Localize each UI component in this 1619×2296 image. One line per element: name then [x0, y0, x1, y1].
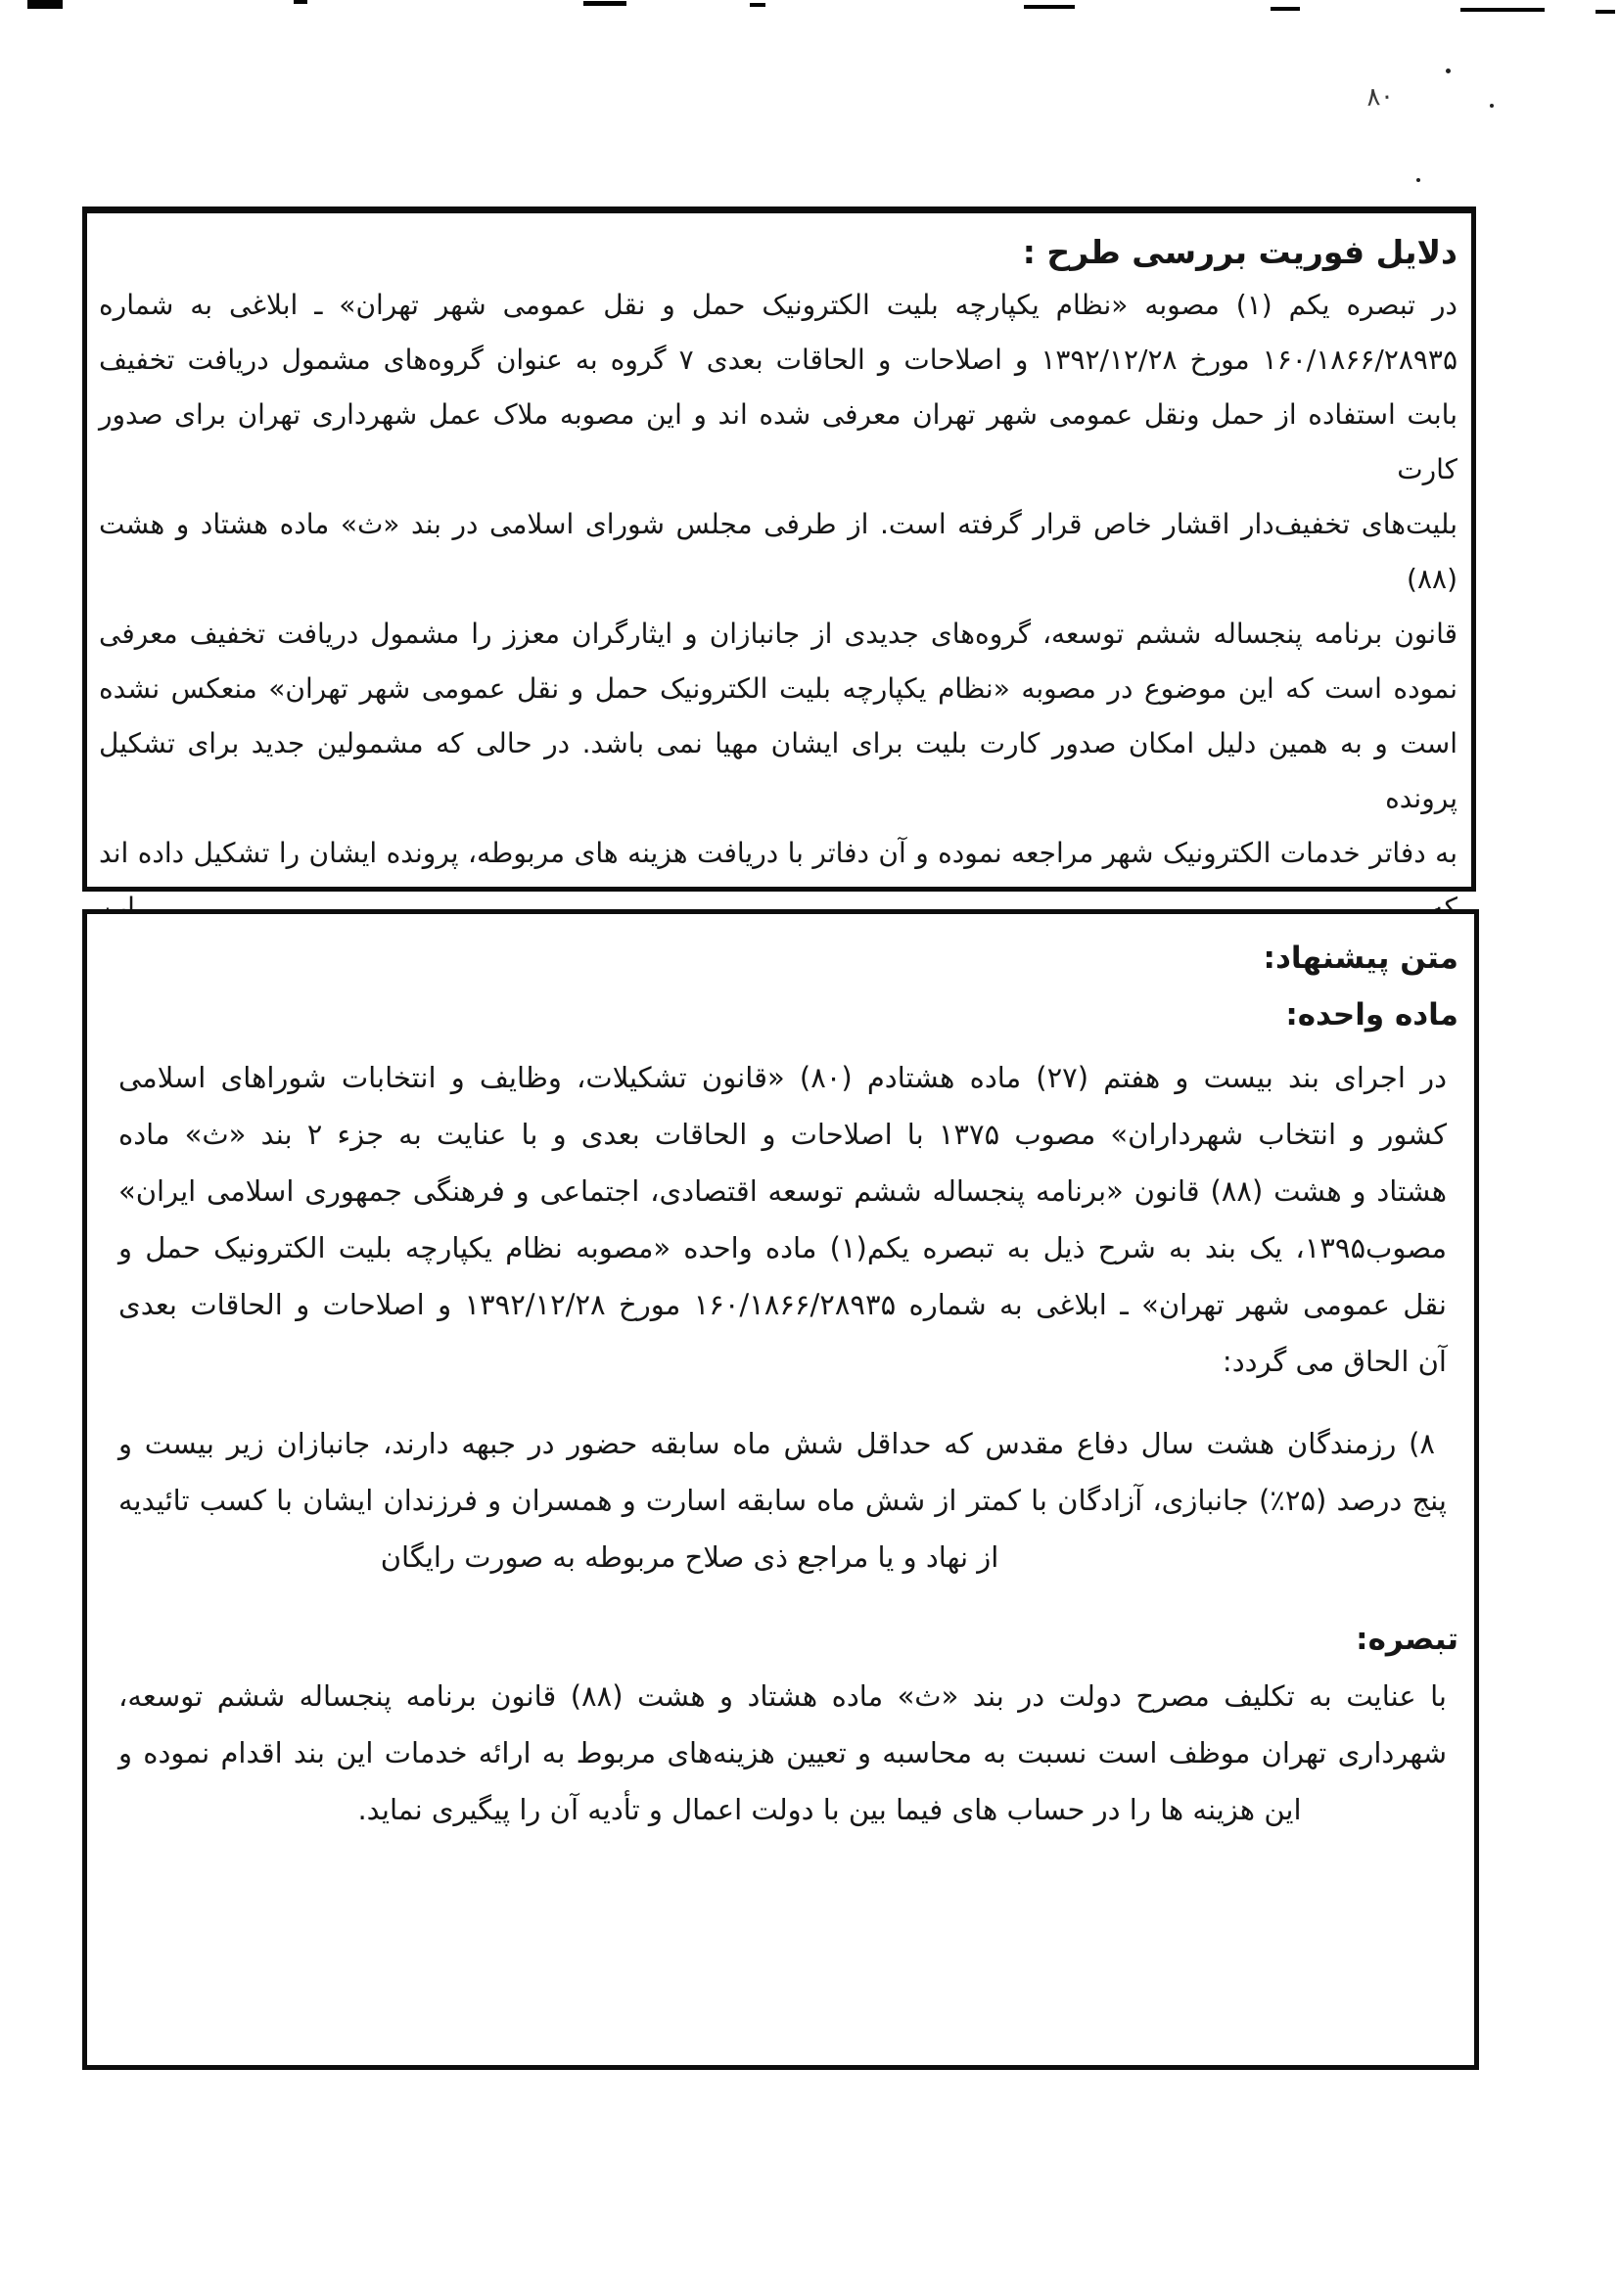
urgency-line: بابت استفاده از حمل ونقل عمومی شهر تهران… — [99, 388, 1457, 497]
note-line: این هزینه ها را در حساب های فیما بین با … — [195, 1781, 1458, 1838]
scan-artifact — [294, 0, 307, 4]
note-title: تبصره: — [101, 1611, 1458, 1668]
article-line: کشور و انتخاب شهرداران» مصوب ۱۳۷۵ با اصل… — [101, 1106, 1458, 1163]
note-line: شهرداری تهران موظف است نسبت به محاسبه و … — [101, 1724, 1458, 1781]
single-article-title: ماده واحده: — [101, 987, 1458, 1043]
urgency-box: دلایل فوریت بررسی طرح : در تبصره یکم (۱)… — [82, 207, 1476, 892]
proposal-title: متن پیشنهاد: — [101, 930, 1458, 987]
scan-artifact — [1460, 8, 1545, 12]
article-line: در اجرای بند بیست و هفتم (۲۷) ماده هشتاد… — [101, 1049, 1458, 1106]
article-line: آن الحاق می گردد: — [101, 1333, 1458, 1390]
clause8-line: از نهاد و یا مراجع ذی صلاح مربوطه به صور… — [199, 1529, 1175, 1585]
urgency-line: نموده است که این موضوع در مصوبه «نظام یک… — [99, 662, 1457, 716]
spacer — [101, 1585, 1458, 1611]
scan-artifact — [750, 3, 765, 7]
scan-artifact — [1596, 10, 1615, 14]
ink-dot — [1446, 69, 1451, 73]
clause8-line: پنج درصد (۲۵٪) جانبازی، آزادگان با کمتر … — [101, 1472, 1458, 1529]
ink-dot — [1416, 178, 1420, 182]
clause8-line: ۸) رزمندگان هشت سال دفاع مقدس که حداقل ش… — [101, 1415, 1458, 1472]
urgency-line: در تبصره یکم (۱) مصوبه «نظام یکپارچه بلی… — [99, 278, 1457, 333]
urgency-line: است و به همین دلیل امکان صدور کارت بلیت … — [99, 716, 1457, 826]
scan-artifact — [1271, 7, 1300, 11]
urgency-line: قانون برنامه پنجساله ششم توسعه، گروه‌های… — [99, 607, 1457, 662]
ink-dot — [1490, 104, 1494, 108]
proposal-box: متن پیشنهاد: ماده واحده: در اجرای بند بی… — [82, 909, 1479, 2070]
article-line: هشتاد و هشت (۸۸) قانون «برنامه پنجساله ش… — [101, 1163, 1458, 1219]
article-line: مصوب۱۳۹۵، یک بند به شرح ذیل به تبصره یکم… — [101, 1219, 1458, 1276]
urgency-line: بلیت‌های تخفیف‌دار اقشار خاص قرار گرفته … — [99, 497, 1457, 607]
article-line: نقل عمومی شهر تهران» ـ ابلاغی به شماره ۱… — [101, 1276, 1458, 1333]
scan-artifact — [1024, 5, 1075, 9]
spacer — [101, 1390, 1458, 1415]
scan-artifact — [583, 1, 626, 6]
urgency-title: دلایل فوریت بررسی طرح : — [99, 227, 1457, 278]
scanned-document-page: ۸۰ دلایل فوریت بررسی طرح : در تبصره یکم … — [0, 0, 1619, 2296]
page-number-mark: ۸۰ — [1365, 81, 1395, 113]
scan-artifact — [27, 0, 63, 9]
urgency-line: ۱۶۰/۱۸۶۶/۲۸۹۳۵ مورخ ۱۳۹۲/۱۲/۲۸ و اصلاحات… — [99, 333, 1457, 388]
note-line: با عنایت به تکلیف مصرح دولت در بند «ث» م… — [101, 1668, 1458, 1724]
